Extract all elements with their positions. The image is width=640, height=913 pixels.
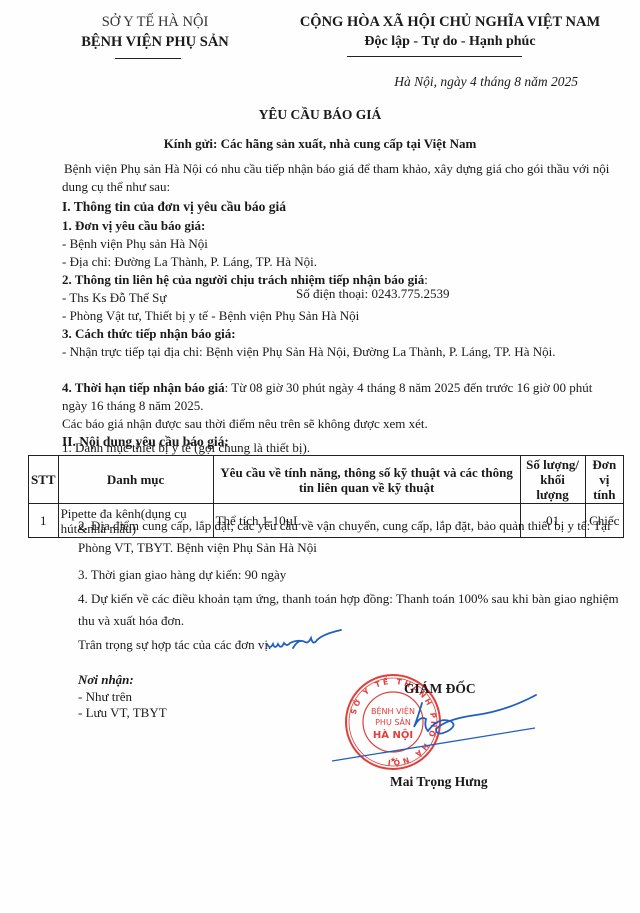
initial-signature-icon <box>265 628 345 656</box>
contact-person: - Ths Ks Đỗ Thế Sự <box>62 289 166 307</box>
hospital-name: BỆNH VIỆN PHỤ SẢN <box>60 34 250 51</box>
signatory-name: Mai Trọng Hưng <box>390 773 488 791</box>
unit-address: - Địa chỉ: Đường La Thành, P. Láng, TP. … <box>62 253 317 271</box>
intro-paragraph: Bệnh viện Phụ sản Hà Nội có nhu cầu tiếp… <box>62 160 622 196</box>
col-header-item: Danh mục <box>58 456 213 504</box>
table-header-row: STT Danh mục Yêu cầu về tính năng, thông… <box>29 456 624 504</box>
unit-name: - Bệnh viện Phụ sản Hà Nội <box>62 235 208 253</box>
recipients-heading: Nơi nhận: <box>78 671 134 689</box>
unit-heading: 1. Đơn vị yêu cầu báo giá: <box>62 217 205 235</box>
method-heading: 3. Cách thức tiếp nhận báo giá: <box>62 325 236 343</box>
national-motto: Độc lập - Tự do - Hạnh phúc <box>270 34 630 50</box>
document-date: Hà Nội, ngày 4 tháng 8 năm 2025 <box>394 74 578 90</box>
deadline-paragraph: 4. Thời hạn tiếp nhận báo giá: Từ 08 giờ… <box>62 379 614 415</box>
col-header-quantity: Số lượng/ khối lượng <box>520 456 585 504</box>
section1-heading: I. Thông tin của đơn vị yêu cầu báo giá <box>62 198 286 216</box>
cell-stt: 1 <box>29 504 59 538</box>
recipient-item: - Lưu VT, TBYT <box>78 704 167 722</box>
payment-terms: 4. Dự kiến về các điều khoản tạm ứng, th… <box>78 588 626 632</box>
deadline-heading: 4. Thời hạn tiếp nhận báo giá <box>62 380 225 395</box>
col-header-unit: Đơn vị tính <box>585 456 623 504</box>
method-text: - Nhận trực tiếp tại địa chỉ: Bệnh viện … <box>62 343 614 361</box>
col-header-stt: STT <box>29 456 59 504</box>
deadline-note: Các báo giá nhận được sau thời điểm nêu … <box>62 415 428 433</box>
document-title: YÊU CẦU BÁO GIÁ <box>0 107 640 123</box>
closing-line: Trân trọng sự hợp tác của các đơn vị. <box>78 636 271 654</box>
contact-phone: Số điện thoại: 0243.775.2539 <box>296 285 449 303</box>
contact-department: - Phòng Vật tư, Thiết bị y tế - Bệnh việ… <box>62 307 359 325</box>
header-underline-left <box>115 58 181 59</box>
director-signature-icon <box>330 685 540 765</box>
national-title: CỘNG HÒA XÃ HỘI CHỦ NGHĨA VIỆT NAM <box>270 14 630 31</box>
delivery-location: 2. Địa điểm cung cấp, lắp đặt; các yêu c… <box>78 515 626 559</box>
recipient-line: Kính gửi: Các hãng sản xuất, nhà cung cấ… <box>0 136 640 152</box>
delivery-time: 3. Thời gian giao hàng dự kiến: 90 ngày <box>78 566 286 584</box>
col-header-spec: Yêu cầu về tính năng, thông số kỹ thuật … <box>213 456 520 504</box>
agency-name: SỞ Y TẾ HÀ NỘI <box>60 14 250 31</box>
header-underline-right <box>347 56 522 57</box>
